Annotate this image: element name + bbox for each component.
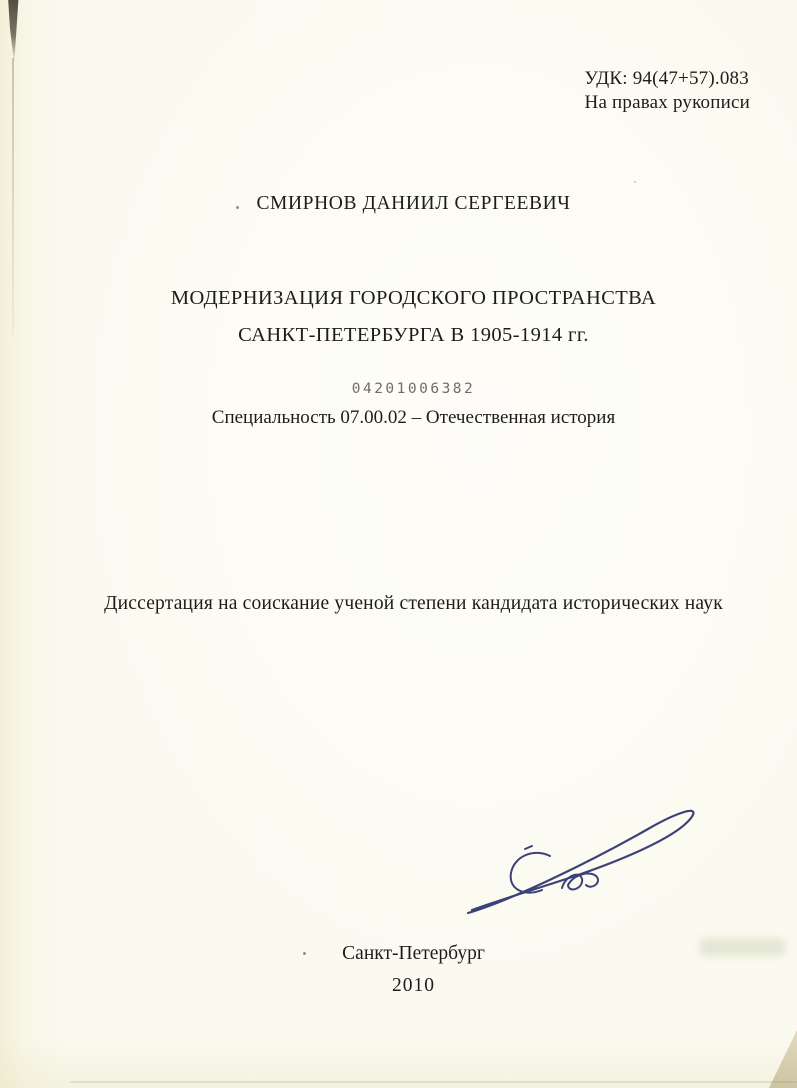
title-line-2: САНКТ-ПЕТЕРБУРГА В 1905-1914 гг. [30,317,797,354]
udk-block: УДК: 94(47+57).083 На правах рукописи [585,67,750,115]
bottom-edge-shadow [70,1081,797,1083]
scanned-title-page: УДК: 94(47+57).083 На правах рукописи СМ… [0,0,797,1088]
scan-edge-line-artifact [12,58,14,338]
paper-speck [303,952,306,955]
degree-statement: Диссертация на соискание ученой степени … [30,593,797,615]
title-line-1: МОДЕРНИЗАЦИЯ ГОРОДСКОГО ПРОСТРАНСТВА [30,280,797,317]
registration-number: 04201006382 [30,381,797,397]
scan-ghost-smudge [700,938,785,956]
scan-edge-wedge-artifact [7,0,19,64]
year: 2010 [30,975,797,997]
paper-speck [634,181,636,183]
signature-ink [462,793,710,921]
author-name: СМИРНОВ ДАНИИЛ СЕРГЕЕВИЧ [30,193,797,215]
corner-crease-artifact [769,1030,797,1088]
paper-texture [0,0,797,1088]
specialty-line: Специальность 07.00.02 – Отечественная и… [30,407,797,429]
manuscript-rights-note: На правах рукописи [585,91,750,115]
udc-number: УДК: 94(47+57).083 [585,67,750,91]
paper-speck [236,206,239,209]
dissertation-title: МОДЕРНИЗАЦИЯ ГОРОДСКОГО ПРОСТРАНСТВА САН… [30,280,797,354]
city: Санкт-Петербург [30,943,797,965]
